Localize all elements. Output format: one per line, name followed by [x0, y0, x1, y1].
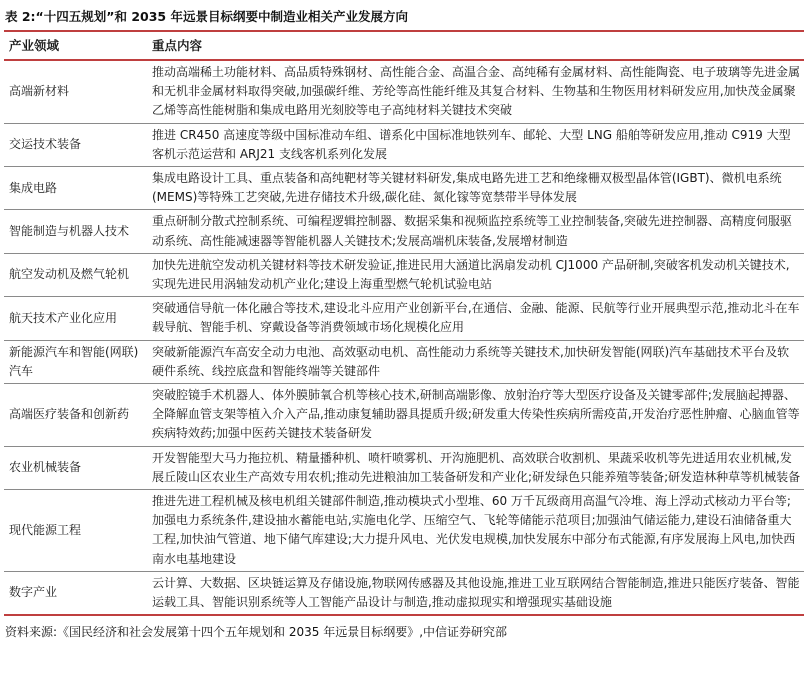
key-content-cell: 云计算、大数据、区块链运算及存储设施,物联网传感器及其他设施,推进工业互联网结合…: [152, 571, 804, 615]
industry-field-cell: 高端新材料: [4, 60, 152, 123]
table-row: 交运技术装备 推进 CR450 高速度等级中国标准动车组、谱系化中国标准地铁列车…: [4, 123, 804, 166]
table-row: 航空发动机及燃气轮机 加快先进航空发动机关键材料等技术研发验证,推进民用大涵道比…: [4, 253, 804, 296]
table-row: 新能源汽车和智能(网联)汽车 突破新能源汽车高安全动力电池、高效驱动电机、高性能…: [4, 340, 804, 383]
table-row: 现代能源工程 推进先进工程机械及核电机组关键部件制造,推动模块式小型堆、60 万…: [4, 490, 804, 572]
key-content-cell: 突破新能源汽车高安全动力电池、高效驱动电机、高性能动力系统等关键技术,加快研发智…: [152, 340, 804, 383]
industry-field-cell: 新能源汽车和智能(网联)汽车: [4, 340, 152, 383]
industry-field-cell: 航空发动机及燃气轮机: [4, 253, 152, 296]
table-row: 航天技术产业化应用 突破通信导航一体化融合等技术,建设北斗应用产业创新平台,在通…: [4, 297, 804, 340]
key-content-cell: 集成电路设计工具、重点装备和高纯靶材等关键材料研发,集成电路先进工艺和绝缘栅双极…: [152, 167, 804, 210]
key-content-cell: 重点研制分散式控制系统、可编程逻辑控制器、数据采集和视频监控系统等工业控制装备,…: [152, 210, 804, 253]
column-header-industry-field: 产业领域: [4, 31, 152, 60]
industry-field-cell: 数字产业: [4, 571, 152, 615]
table-row: 高端新材料 推动高端稀土功能材料、高品质特殊钢材、高性能合金、高温合金、高纯稀有…: [4, 60, 804, 123]
research-report-table-page: 表 2:“十四五规划”和 2035 年远景目标纲要中制造业相关产业发展方向 产业…: [0, 0, 808, 676]
industry-field-cell: 现代能源工程: [4, 490, 152, 572]
key-content-cell: 推进先进工程机械及核电机组关键部件制造,推动模块式小型堆、60 万千瓦级商用高温…: [152, 490, 804, 572]
table-row: 农业机械装备 开发智能型大马力拖拉机、精量播种机、喷杆喷雾机、开沟施肥机、高效联…: [4, 446, 804, 489]
table-row: 高端医疗装备和创新药 突破腔镜手术机器人、体外膜肺氧合机等核心技术,研制高端影像…: [4, 384, 804, 447]
industry-field-cell: 交运技术装备: [4, 123, 152, 166]
table-title: 表 2:“十四五规划”和 2035 年远景目标纲要中制造业相关产业发展方向: [5, 9, 804, 24]
industry-development-table: 产业领域 重点内容 高端新材料 推动高端稀土功能材料、高品质特殊钢材、高性能合金…: [4, 30, 804, 616]
table-row: 集成电路 集成电路设计工具、重点装备和高纯靶材等关键材料研发,集成电路先进工艺和…: [4, 167, 804, 210]
table-row: 智能制造与机器人技术 重点研制分散式控制系统、可编程逻辑控制器、数据采集和视频监…: [4, 210, 804, 253]
key-content-cell: 加快先进航空发动机关键材料等技术研发验证,推进民用大涵道比涡扇发动机 CJ100…: [152, 253, 804, 296]
key-content-cell: 开发智能型大马力拖拉机、精量播种机、喷杆喷雾机、开沟施肥机、高效联合收割机、果蔬…: [152, 446, 804, 489]
industry-field-cell: 集成电路: [4, 167, 152, 210]
source-note: 资料来源:《国民经济和社会发展第十四个五年规划和 2035 年远景目标纲要》,中…: [5, 625, 804, 640]
key-content-cell: 突破腔镜手术机器人、体外膜肺氧合机等核心技术,研制高端影像、放射治疗等大型医疗设…: [152, 384, 804, 447]
table-header-row: 产业领域 重点内容: [4, 31, 804, 60]
key-content-cell: 突破通信导航一体化融合等技术,建设北斗应用产业创新平台,在通信、金融、能源、民航…: [152, 297, 804, 340]
table-row: 数字产业 云计算、大数据、区块链运算及存储设施,物联网传感器及其他设施,推进工业…: [4, 571, 804, 615]
key-content-cell: 推进 CR450 高速度等级中国标准动车组、谱系化中国标准地铁列车、邮轮、大型 …: [152, 123, 804, 166]
industry-field-cell: 航天技术产业化应用: [4, 297, 152, 340]
industry-field-cell: 农业机械装备: [4, 446, 152, 489]
industry-field-cell: 高端医疗装备和创新药: [4, 384, 152, 447]
industry-field-cell: 智能制造与机器人技术: [4, 210, 152, 253]
column-header-key-content: 重点内容: [152, 31, 804, 60]
key-content-cell: 推动高端稀土功能材料、高品质特殊钢材、高性能合金、高温合金、高纯稀有金属材料、高…: [152, 60, 804, 123]
